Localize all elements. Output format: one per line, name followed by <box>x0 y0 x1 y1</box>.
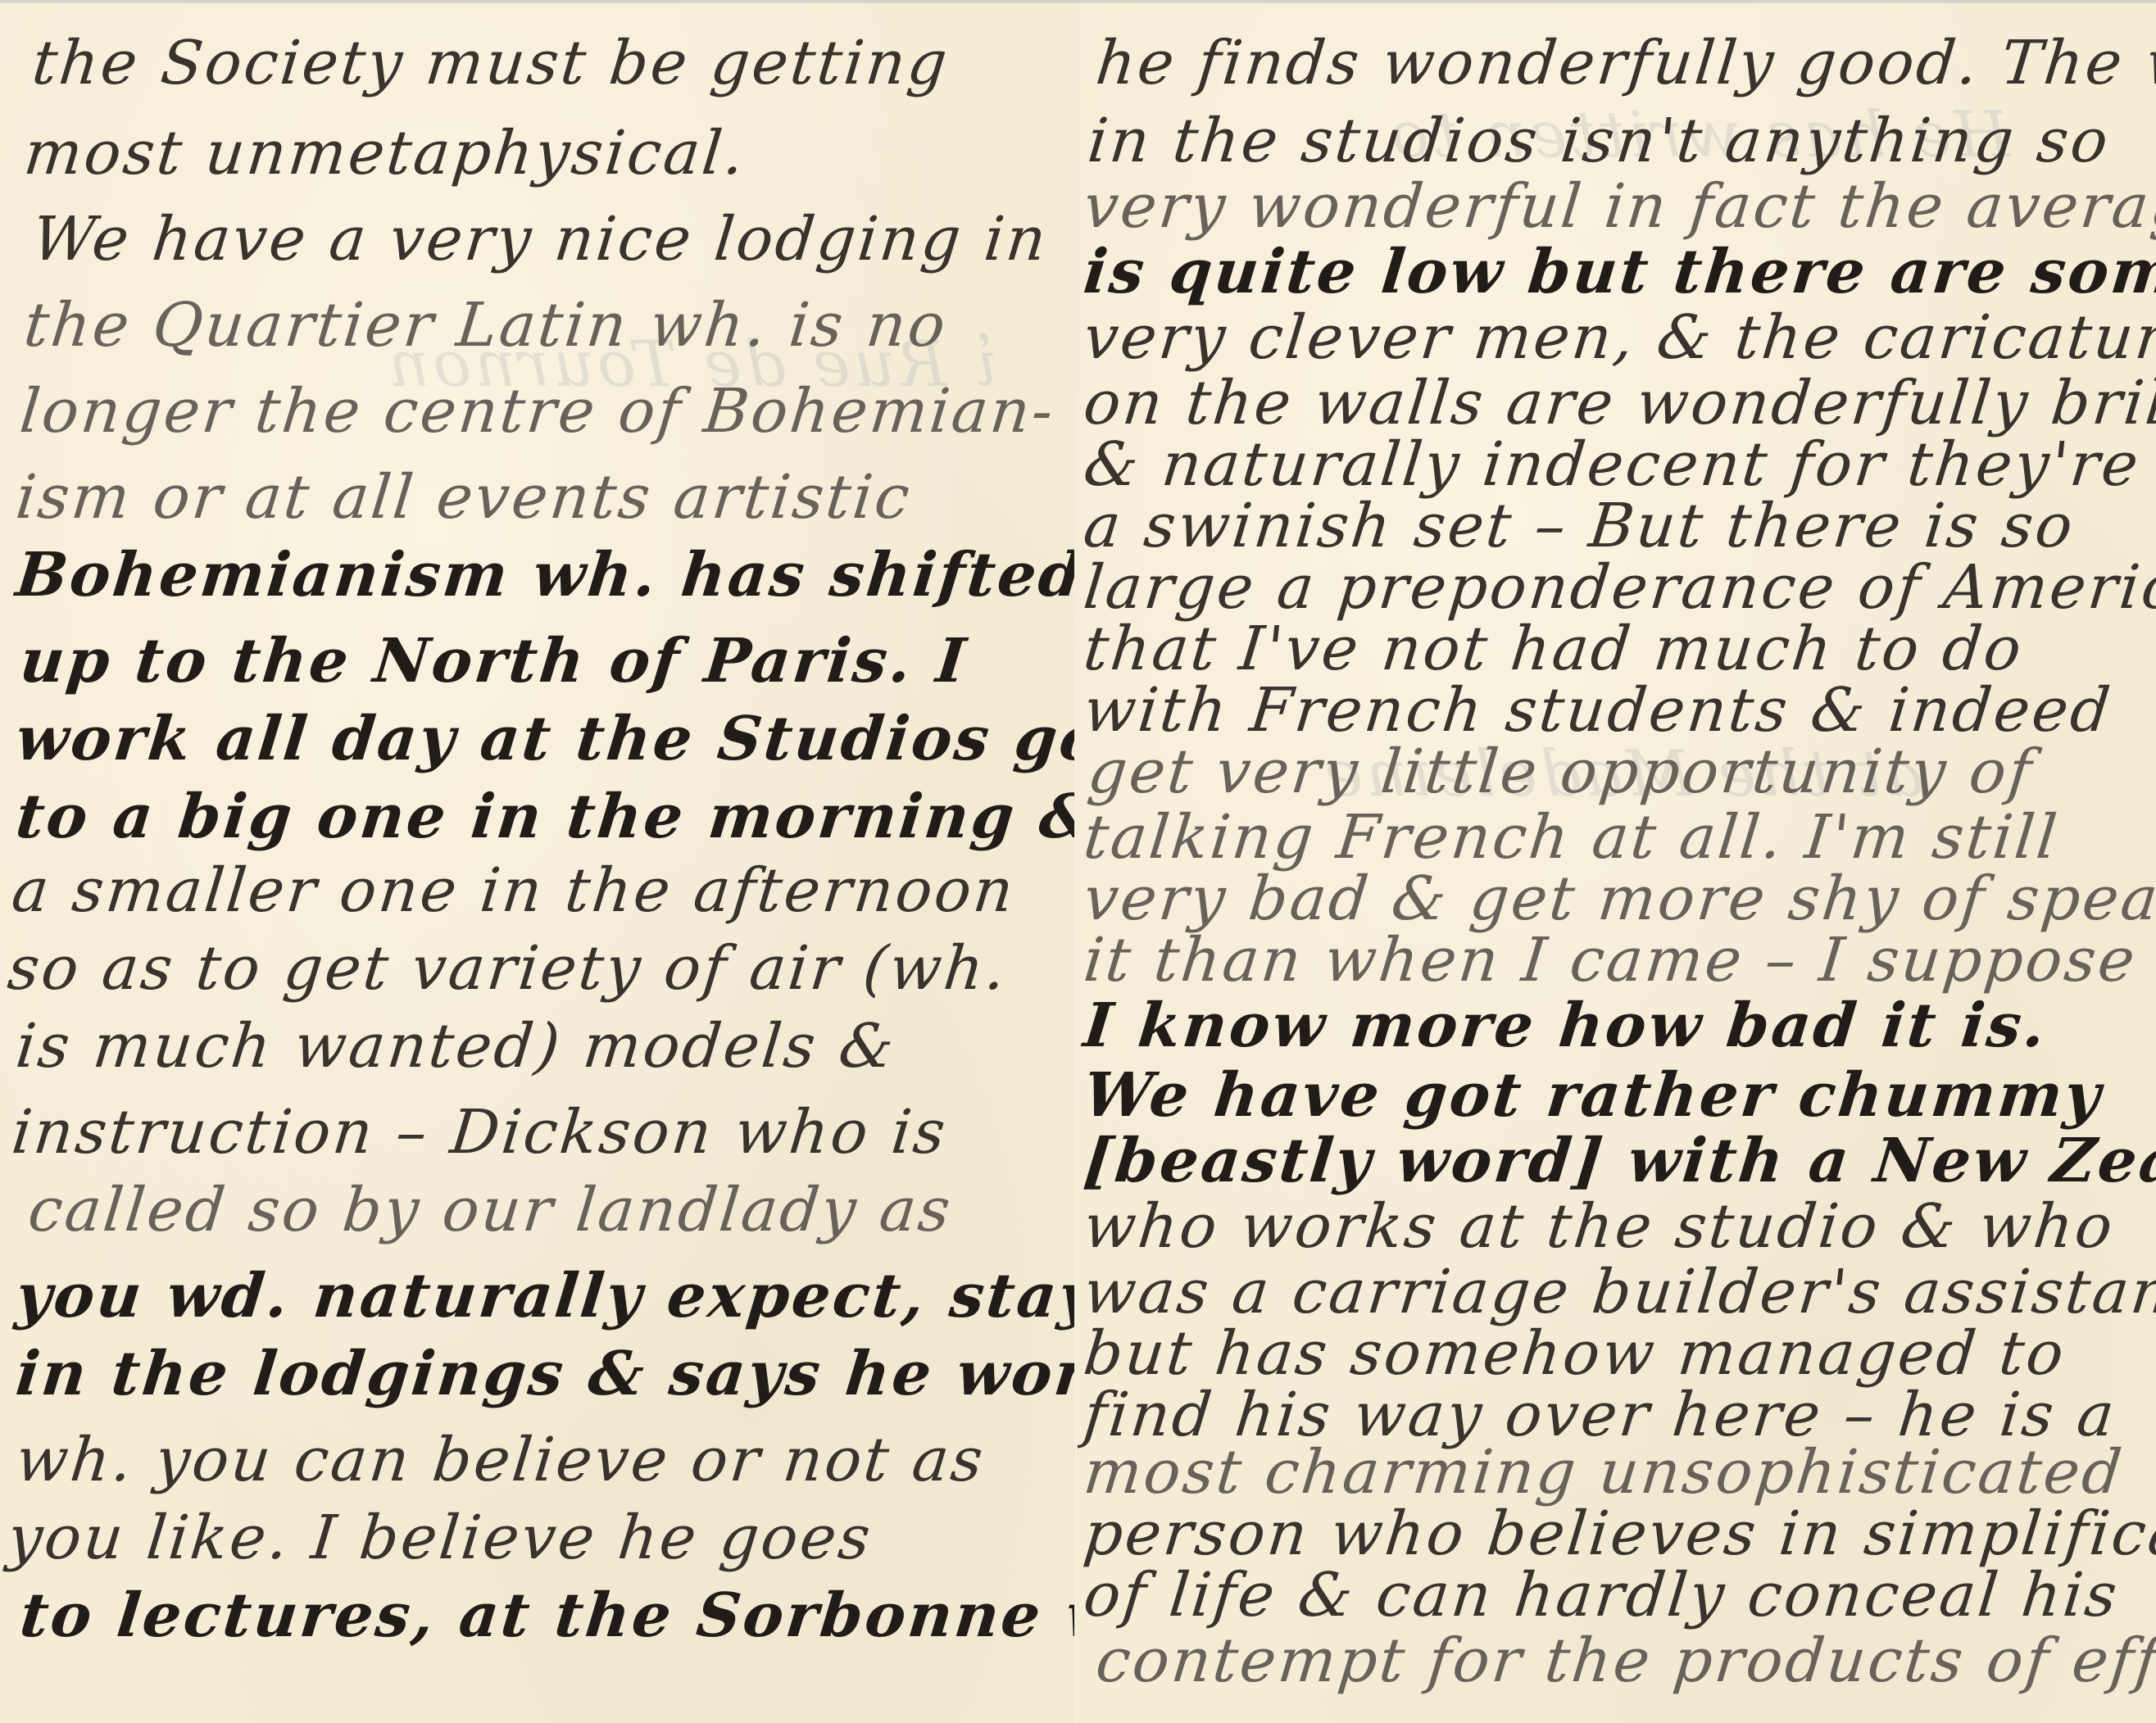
handwritten-line: who works at the studio & who <box>1081 1196 2117 1257</box>
handwritten-line: talking French at all. I'm still <box>1081 807 2062 868</box>
handwritten-line: ism or at all events artistic <box>13 467 915 528</box>
handwritten-line: up to the North of Paris. I <box>17 631 970 691</box>
handwritten-line: person who believes in simplification <box>1081 1503 2156 1564</box>
handwritten-line: very bad & get more shy of speaking <box>1081 868 2156 929</box>
handwritten-line: in the lodgings & says he works <box>13 1344 1173 1404</box>
right-page: He has written to at the Madeleine he fi… <box>1076 0 2156 1723</box>
handwritten-line: wh. you can believe or not as <box>13 1430 988 1490</box>
handwritten-line: very clever men, & the caricatures <box>1081 307 2156 368</box>
handwritten-line: [beastly word] with a New Zealander <box>1081 1131 2156 1191</box>
handwritten-line: you like. I believe he goes <box>5 1508 875 1568</box>
left-page: ἱ Rue de Tournon the Society must be get… <box>0 0 1076 1723</box>
handwritten-line: it than when I came – I suppose <box>1081 930 2140 991</box>
handwritten-line: to lectures, at the Sorbonne wh. <box>17 1585 1194 1646</box>
handwritten-line: was a carriage builder's assistant <box>1081 1262 2156 1322</box>
handwritten-line: with French students & indeed <box>1081 680 2115 741</box>
paper-top-edge <box>0 0 2156 3</box>
handwritten-line: on the walls are wonderfully brilliant <box>1081 373 2156 433</box>
handwritten-line: Bohemianism wh. has shifted <box>13 545 1087 605</box>
handwritten-line: I know more how bad it is. <box>1081 995 2050 1056</box>
handwritten-line: but has somehow managed to <box>1081 1323 2068 1384</box>
handwritten-line: the Quartier Latin wh. is no <box>21 295 951 356</box>
letter-spread: ἱ Rue de Tournon the Society must be get… <box>0 0 2156 1723</box>
handwritten-line: most unmetaphysical. <box>21 123 749 184</box>
handwritten-line: the Society must be getting <box>30 33 952 93</box>
handwritten-line: that I've not had much to do <box>1081 619 2027 679</box>
page-fold <box>1074 0 1078 1723</box>
handwritten-line: instruction – Dickson who is <box>9 1102 951 1163</box>
handwritten-line: you wd. naturally expect, stays <box>13 1266 1137 1326</box>
handwritten-line: of life & can hardly conceal his <box>1081 1565 2122 1626</box>
handwritten-line: longer the centre of Bohemian- <box>17 381 1058 442</box>
handwritten-line: work all day at the Studios going <box>13 709 1223 769</box>
handwritten-line: is much wanted) models & <box>13 1016 899 1077</box>
handwritten-line: & naturally indecent for they're <box>1081 434 2143 495</box>
handwritten-line: called so by our landlady as <box>25 1180 955 1240</box>
handwritten-line: a swinish set – But there is so <box>1081 496 2077 556</box>
handwritten-line: to a big one in the morning & <box>13 787 1100 847</box>
handwritten-line: he finds wonderfully good. The work <box>1093 33 2156 93</box>
left-page-lines: the Society must be getting most unmetap… <box>0 0 1076 1723</box>
handwritten-line: so as to get variety of air (wh. <box>5 938 1010 999</box>
handwritten-line: contempt for the products of effete <box>1093 1630 2156 1691</box>
handwritten-line: most charming unsophisticated <box>1081 1442 2126 1503</box>
handwritten-line: get very little opportunity of <box>1085 741 2036 802</box>
handwritten-line: We have got rather chummy <box>1081 1065 2105 1126</box>
handwritten-line: in the studios isn't anything so <box>1085 111 2113 171</box>
handwritten-line: We have a very nice lodging in <box>30 209 1051 270</box>
handwritten-line: a smaller one in the afternoon <box>9 860 1019 921</box>
handwritten-line: large a preponderance of Americans <box>1081 557 2156 618</box>
handwritten-line: is quite low but there are some <box>1081 242 2156 302</box>
handwritten-line: very wonderful in fact the average <box>1081 176 2156 237</box>
right-page-lines: he finds wonderfully good. The work in t… <box>1076 0 2156 1723</box>
handwritten-line: find his way over here – he is a <box>1081 1385 2119 1445</box>
